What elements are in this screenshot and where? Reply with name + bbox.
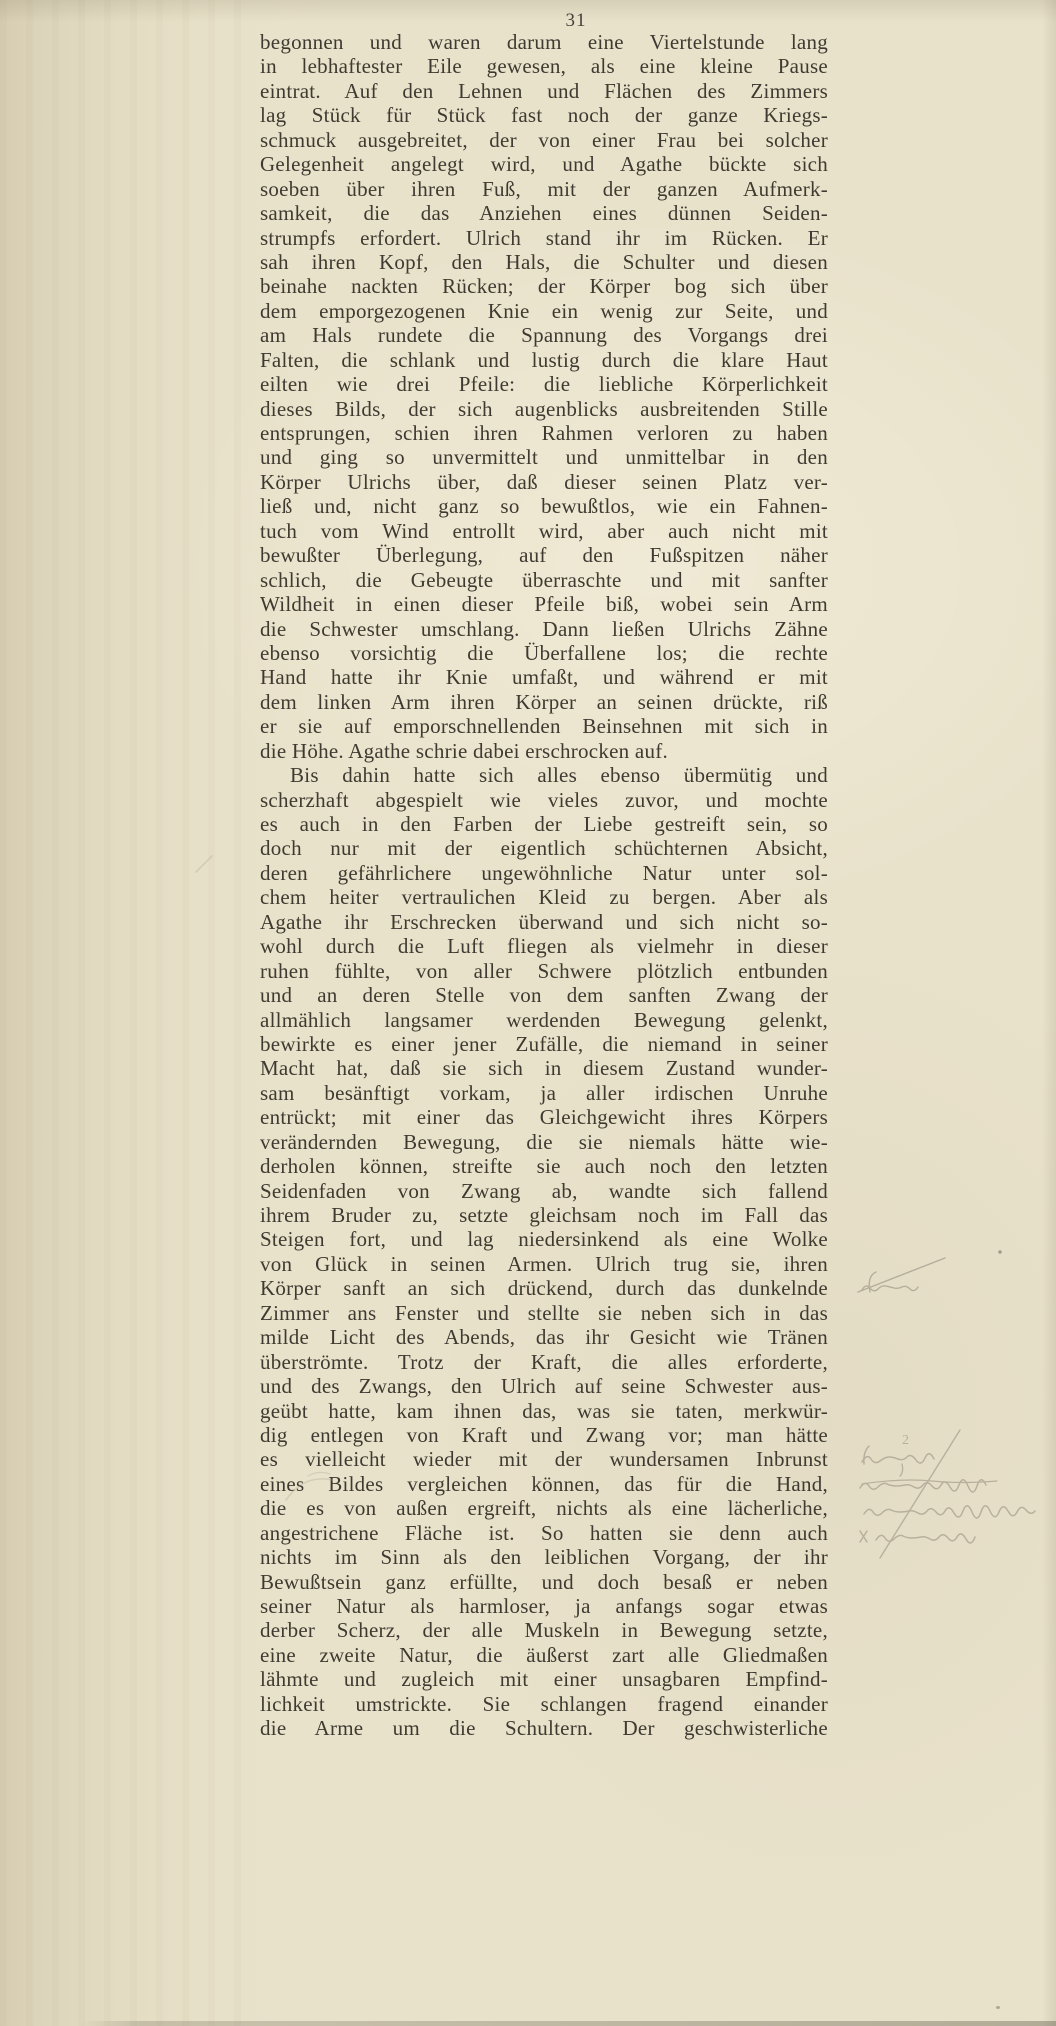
text-line: ihrem Bruder zu, setzte gleichsam noch i…	[260, 1203, 828, 1227]
text-line: die Höhe. Agathe schrie dabei erschrocke…	[260, 739, 828, 763]
text-line: beinahe nackten Rücken; der Körper bog s…	[260, 274, 828, 298]
text-line: seiner Natur als harmloser, ja anfangs s…	[260, 1594, 828, 1618]
text-line: milde Licht des Abends, das ihr Gesicht …	[260, 1325, 828, 1349]
text-line: in lebhaftester Eile gewesen, als eine k…	[260, 54, 828, 78]
text-line: Steigen fort, und lag niedersinkend als …	[260, 1227, 828, 1251]
text-line: angestrichene Fläche ist. So hatten sie …	[260, 1521, 828, 1545]
text-line: derber Scherz, der alle Muskeln in Beweg…	[260, 1618, 828, 1642]
text-line: bewußter Überlegung, auf den Fußspitzen …	[260, 543, 828, 567]
page-edge-shadow-right	[1042, 0, 1056, 2026]
text-line: Hand hatte ihr Knie umfaßt, und während …	[260, 665, 828, 689]
text-line: Körper Ulrichs über, daß dieser seinen P…	[260, 470, 828, 494]
paper-speck	[996, 2006, 1000, 2009]
text-line: nichts im Sinn als den leiblichen Vorgan…	[260, 1545, 828, 1569]
text-line: lichkeit umstrickte. Sie schlangen frage…	[260, 1692, 828, 1716]
text-line: ebenso vorsichtig die Überfallene los; d…	[260, 641, 828, 665]
text-line: Körper sanft an sich drückend, durch das…	[260, 1276, 828, 1300]
text-line: strumpfs erfordert. Ulrich stand ihr im …	[260, 226, 828, 250]
text-line: schlich, die Gebeugte überraschte und mi…	[260, 568, 828, 592]
text-line: entsprungen, schien ihren Rahmen verlore…	[260, 421, 828, 445]
text-line: dem emporgezogenen Knie ein wenig zur Se…	[260, 299, 828, 323]
text-line: lag Stück für Stück fast noch der ganze …	[260, 103, 828, 127]
text-line: Seidenfaden von Zwang ab, wandte sich fa…	[260, 1179, 828, 1203]
text-line: doch nur mit der eigentlich schüchternen…	[260, 836, 828, 860]
text-line: verändernden Bewegung, die sie niemals h…	[260, 1130, 828, 1154]
text-line: samkeit, die das Anziehen eines dünnen S…	[260, 201, 828, 225]
text-line: und ging so unvermittelt und unmittelbar…	[260, 445, 828, 469]
text-line: wohl durch die Luft fliegen als vielmehr…	[260, 934, 828, 958]
text-line: ruhen fühlte, von aller Schwere plötzlic…	[260, 959, 828, 983]
text-line: scherzhaft abgespielt wie vieles zuvor, …	[260, 788, 828, 812]
text-line: Falten, die schlank und lustig durch die…	[260, 348, 828, 372]
page-edge-shadow-top	[0, 0, 1056, 22]
text-line: soeben über ihren Fuß, mit der ganzen Au…	[260, 177, 828, 201]
text-line: Bis dahin hatte sich alles ebenso übermü…	[260, 763, 828, 787]
text-line: chem heiter vertraulichen Kleid zu berge…	[260, 885, 828, 909]
text-line: die Schwester umschlang. Dann ließen Ulr…	[260, 617, 828, 641]
text-line: eintrat. Auf den Lehnen und Flächen des …	[260, 79, 828, 103]
text-line: entrückt; mit einer das Gleichgewicht ih…	[260, 1105, 828, 1129]
text-line: sam besänftigt vorkam, ja aller irdische…	[260, 1081, 828, 1105]
text-line: Zimmer ans Fenster und stellte sie neben…	[260, 1301, 828, 1325]
text-line: von Glück in seinen Armen. Ulrich trug s…	[260, 1252, 828, 1276]
text-line: derholen können, streifte sie auch noch …	[260, 1154, 828, 1178]
pencil-number: 2	[902, 1433, 909, 1448]
text-line: und des Zwangs, den Ulrich auf seine Sch…	[260, 1374, 828, 1398]
text-line: deren gefährlichere ungewöhnliche Natur …	[260, 861, 828, 885]
text-line: Wildheit in einen dieser Pfeile biß, wob…	[260, 592, 828, 616]
text-line: sah ihren Kopf, den Hals, die Schulter u…	[260, 250, 828, 274]
pencil-annotation-lower: 2	[850, 1428, 1056, 1568]
text-line: Bewußtsein ganz erfüllte, und doch besaß…	[260, 1570, 828, 1594]
text-line: dem linken Arm ihren Körper an seinen dr…	[260, 690, 828, 714]
text-line: schmuck ausgebreitet, der von einer Frau…	[260, 128, 828, 152]
text-line: er sie auf emporschnellenden Beinsehnen …	[260, 714, 828, 738]
text-line: und an deren Stelle von dem sanften Zwan…	[260, 983, 828, 1007]
text-line: überströmte. Trotz der Kraft, die alles …	[260, 1350, 828, 1374]
text-line: Agathe ihr Erschrecken überwand und sich…	[260, 910, 828, 934]
text-line: Gelegenheit angelegt wird, und Agathe bü…	[260, 152, 828, 176]
text-line: dig entlegen von Kraft und Zwang vor; ma…	[260, 1423, 828, 1447]
text-line: tuch vom Wind entrollt wird, aber auch n…	[260, 519, 828, 543]
text-line: dieses Bilds, der sich augenblicks ausbr…	[260, 397, 828, 421]
text-line: eine zweite Natur, die äußerst zart alle…	[260, 1643, 828, 1667]
text-line: allmählich langsamer werdenden Bewegung …	[260, 1008, 828, 1032]
text-line: bewirkte es einer jener Zufälle, die nie…	[260, 1032, 828, 1056]
text-line: geübt hatte, kam ihnen das, was sie tate…	[260, 1399, 828, 1423]
text-line: am Hals rundete die Spannung des Vorgang…	[260, 323, 828, 347]
page-number: 31	[544, 10, 608, 32]
text-line: ließ und, nicht ganz so bewußtlos, wie e…	[260, 494, 828, 518]
text-line: eilten wie drei Pfeile: die liebliche Kö…	[260, 372, 828, 396]
paper-texture-left	[0, 0, 250, 2026]
text-line: es auch in den Farben der Liebe gestreif…	[260, 812, 828, 836]
text-line: die Arme um die Schultern. Der geschwist…	[260, 1716, 828, 1740]
pencil-mark-vielleicht	[278, 1466, 368, 1510]
text-line: lähmte und zugleich mit einer unsagbaren…	[260, 1667, 828, 1691]
pencil-annotation-upper	[850, 1246, 1056, 1306]
text-line: begonnen und waren darum eine Viertelstu…	[260, 30, 828, 54]
book-page-scan: 31 begonnen und waren darum eine Viertel…	[0, 0, 1056, 2026]
text-line: Macht hat, daß sie sich in diesem Zustan…	[260, 1056, 828, 1080]
pencil-mark-left-margin	[190, 850, 220, 880]
page-edge-shadow-bottom	[80, 2021, 1056, 2026]
